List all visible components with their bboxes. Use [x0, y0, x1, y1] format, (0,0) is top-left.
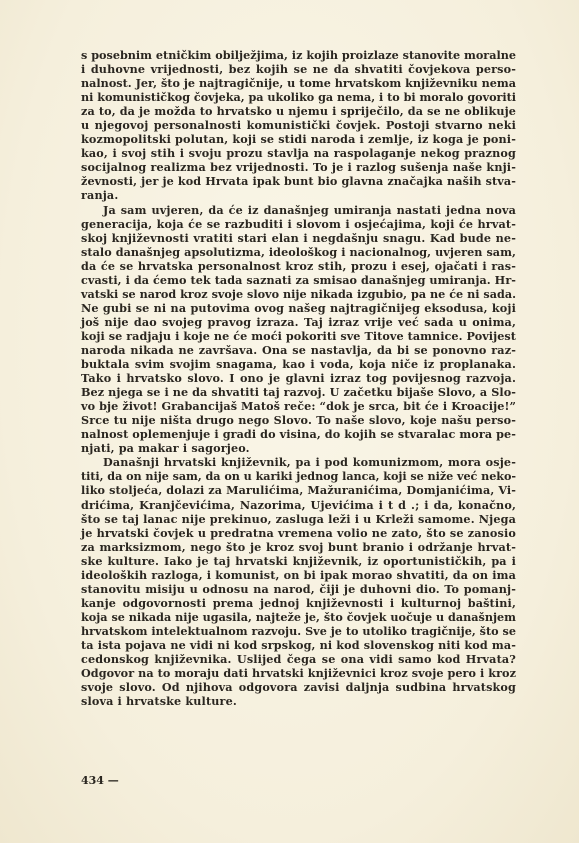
text-line: ta ista pojava ne vidi ni kod srpskog, n…: [81, 638, 516, 652]
text-line: kanje odgovornosti prema jednoj književn…: [81, 596, 516, 610]
text-line: u njegovoj personalnosti komunistički čo…: [81, 118, 516, 132]
text-line: koja se nikada nije ugasila, najteže je,…: [81, 610, 516, 624]
text-line: kao, i svoj stih i svoju prozu stavlja n…: [81, 146, 516, 160]
text-line: ževnosti, jer je kod Hrvata ipak bunt bi…: [81, 174, 516, 188]
text-line: za marksizmom, nego što je kroz svoj bun…: [81, 540, 516, 554]
paragraph: Današnji hrvatski književnik, pa i pod k…: [81, 455, 516, 708]
text-line: njati, pa makar i sagorjeo.: [81, 441, 516, 455]
text-line: svoje slovo. Od njihova odgovora zavisi …: [81, 680, 516, 694]
text-line: buktala svim svojim snagama, kao i voda,…: [81, 357, 516, 371]
text-line: skoj književnosti vratiti stari elan i n…: [81, 231, 516, 245]
text-line: i duhovne vrijednosti, bez kojih se ne d…: [81, 62, 516, 76]
page-number: 434 —: [81, 774, 119, 788]
text-line: nalnost. Jer, što je najtragičnije, u to…: [81, 76, 516, 90]
text-line: hrvatskom intelektualnom razvoju. Sve je…: [81, 624, 516, 638]
text-line: s posebnim etničkim obilježjima, iz koji…: [81, 48, 516, 62]
text-line: stalo današnjeg apsolutizma, ideološkog …: [81, 245, 516, 259]
text-line: slova i hrvatske kulture.: [81, 694, 516, 708]
text-line: da će se hrvatska personalnost kroz stih…: [81, 259, 516, 273]
text-line: koji se radjaju i koje ne će moći pokori…: [81, 329, 516, 343]
text-line: ranja.: [81, 188, 516, 202]
text-line: Ne gubi se ni na putovima ovog našeg naj…: [81, 301, 516, 315]
text-line: naroda nikada ne završava. Ona se nastav…: [81, 343, 516, 357]
text-line: Bez njega se i ne da shvatiti taj razvoj…: [81, 385, 516, 399]
text-line: je hrvatski čovjek u predratna vremena v…: [81, 526, 516, 540]
text-line: stanovitu misiju u odnosu na narod, čiji…: [81, 582, 516, 596]
text-line: Srce tu nije ništa drugo nego Slovo. To …: [81, 413, 516, 427]
text-line: još nije dao svojeg pravog izraza. Taj i…: [81, 315, 516, 329]
paragraph: Ja sam uvjeren, da će iz današnjeg umira…: [81, 203, 516, 456]
text-line: cedonskog književnika. Uslijed čega se o…: [81, 652, 516, 666]
text-line: Tako i hrvatsko slovo. I ono je glavni i…: [81, 371, 516, 385]
text-line: ideoloških razloga, i komunist, on bi ip…: [81, 568, 516, 582]
text-line: za to, da je možda to hrvatsko u njemu i…: [81, 104, 516, 118]
text-line: vatski se narod kroz svoje slovo nije ni…: [81, 287, 516, 301]
body-text: s posebnim etničkim obilježjima, iz koji…: [81, 48, 516, 708]
text-line: što se taj lanac nije prekinuo, zasluga …: [81, 512, 516, 526]
text-line: generacija, koja će se razbuditi i slovo…: [81, 217, 516, 231]
text-line: cvasti, i da ćemo tek tada saznati za sm…: [81, 273, 516, 287]
paragraph: s posebnim etničkim obilježjima, iz koji…: [81, 48, 516, 203]
text-line: kozmopolitski polutan, koji se stidi nar…: [81, 132, 516, 146]
text-line: ske kulture. Iako je taj hrvatski knjiže…: [81, 554, 516, 568]
text-line: socijalnog realizma bez vrijednosti. To …: [81, 160, 516, 174]
text-line: Današnji hrvatski književnik, pa i pod k…: [81, 455, 516, 469]
text-line: liko stoljeća, dolazi za Marulićima, Maž…: [81, 483, 516, 497]
text-line: nalnost oplemenjuje i gradi do visina, d…: [81, 427, 516, 441]
book-page: s posebnim etničkim obilježjima, iz koji…: [0, 0, 579, 843]
text-line: Ja sam uvjeren, da će iz današnjeg umira…: [81, 203, 516, 217]
text-line: drićima, Kranjčevićima, Nazorima, Ujević…: [81, 498, 516, 512]
text-line: titi, da on nije sam, da on u kariki jed…: [81, 469, 516, 483]
text-line: Odgovor na to moraju dati hrvatski knjiž…: [81, 666, 516, 680]
text-line: ni komunističkog čovjeka, pa ukoliko ga …: [81, 90, 516, 104]
text-line: vo bje život! Grabancijaš Matoš reče: “d…: [81, 399, 516, 413]
